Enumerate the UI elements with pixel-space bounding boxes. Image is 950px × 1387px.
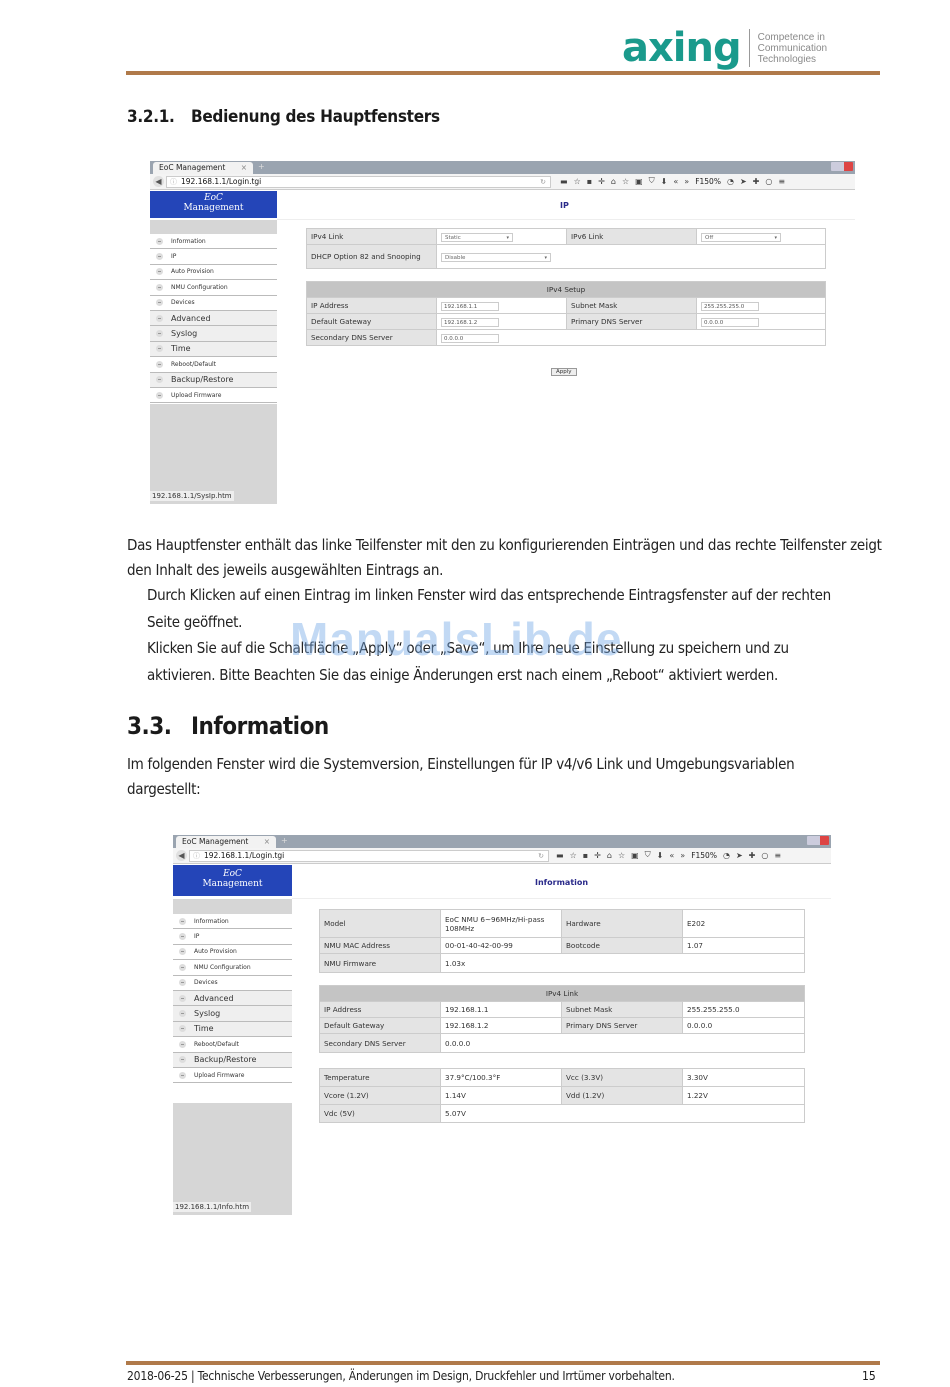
sidebar-item-label: Information [194, 918, 229, 925]
gateway-input[interactable]: 192.168.1.2 [441, 318, 499, 327]
window-controls[interactable] [831, 162, 853, 171]
shield-icon[interactable]: ⛉ [645, 850, 651, 860]
puzzle-icon[interactable]: ✚ [753, 177, 760, 186]
sidebar-item-devices[interactable]: Devices [150, 296, 277, 311]
back-arrow-icon[interactable]: ◀ [176, 850, 187, 861]
vdc-value: 5.07V [441, 1105, 805, 1123]
ipv4-link-select[interactable]: Static [441, 233, 513, 242]
sidebar-item-nmu-configuration[interactable]: NMU Configuration [173, 960, 292, 975]
bootcode-label: Bootcode [562, 938, 683, 954]
sidebar-item-label: Auto Provision [171, 268, 214, 275]
browser-tab[interactable]: EoC Management× [153, 162, 253, 174]
collapse-icon [179, 995, 186, 1002]
header-rule [126, 71, 880, 75]
secondary-dns-input[interactable]: 0.0.0.0 [441, 334, 499, 343]
gateway-label: Default Gateway [307, 314, 437, 330]
sidebar-item-upload-firmware[interactable]: Upload Firmware [150, 388, 277, 403]
ip-address-input[interactable]: 192.168.1.1 [441, 302, 499, 311]
sidebar-item-label: Auto Provision [194, 948, 237, 955]
dhcp-option-select[interactable]: Disable [441, 253, 551, 262]
tab-bar: EoC Management× + [150, 161, 855, 174]
vdd-label: Vdd (1.2V) [562, 1087, 683, 1105]
sidebar-item-label: Time [194, 1024, 214, 1033]
system-info-table: Model EoC NMU 6~96MHz/Hi-pass 108MHz Har… [319, 909, 805, 973]
target-icon[interactable]: ✛ [598, 177, 605, 186]
ipv6-link-label: IPv6 Link [567, 229, 697, 245]
home-icon[interactable]: ⌂ [607, 851, 612, 860]
vcore-label: Vcore (1.2V) [320, 1087, 441, 1105]
ipv4-link-table: IPv4 Link IP Address 192.168.1.1 Subnet … [319, 985, 805, 1053]
url-field[interactable]: ⓘ 192.168.1.1/Login.tgi ↻ [166, 176, 551, 188]
collapse-icon [156, 238, 163, 245]
chat-icon[interactable]: ○ [765, 177, 772, 186]
folder-icon[interactable]: ▬ [556, 851, 564, 860]
section-heading-3-3: 3.3.Information [127, 712, 329, 740]
reload-icon[interactable]: ↻ [538, 851, 544, 861]
menu-icon[interactable]: ≡ [778, 177, 785, 186]
sidebar-menu: InformationIPAuto ProvisionNMU Configura… [173, 914, 292, 1083]
nav-bar: ◀ ⓘ 192.168.1.1/Login.tgi ↻ ▬ ☆ ▪ ✛ ⌂ ☆ … [150, 174, 855, 190]
collapse-icon [179, 948, 186, 955]
browser-tab[interactable]: EoC Management× [176, 836, 276, 848]
subnet-mask-input[interactable]: 255.255.255.0 [701, 302, 759, 311]
sidebar-item-label: Syslog [171, 329, 197, 338]
subnet-mask-label: Subnet Mask [567, 298, 697, 314]
star-icon[interactable]: ☆ [618, 851, 625, 860]
browser-screenshot-information: EoC Management× + ◀ ⓘ 192.168.1.1/Login.… [173, 835, 831, 1215]
hardware-label: Hardware [562, 910, 683, 938]
vcc-label: Vcc (3.3V) [562, 1069, 683, 1087]
primary-dns-value: 0.0.0.0 [683, 1018, 805, 1034]
nav-bar: ◀ ⓘ 192.168.1.1/Login.tgi ↻ ▬ ☆ ▪ ✛ ⌂ ☆ … [173, 848, 831, 864]
ipv4-setup-title: IPv4 Setup [307, 282, 826, 298]
ip-address-label: IP Address [320, 1002, 441, 1018]
sidebar-item-nmu-configuration[interactable]: NMU Configuration [150, 280, 277, 295]
ipv4-link-label: IPv4 Link [307, 229, 437, 245]
sidebar-menu: InformationIPAuto ProvisionNMU Configura… [150, 234, 277, 403]
star-icon[interactable]: ☆ [622, 177, 629, 186]
logo-divider [749, 29, 750, 67]
sidebar-item-label: Upload Firmware [171, 392, 221, 399]
vdc-label: Vdc (5V) [320, 1105, 441, 1123]
sidebar-item-label: Backup/Restore [194, 1055, 256, 1064]
collapse-icon [179, 964, 186, 971]
collapse-icon [179, 1041, 186, 1048]
sidebar-item-ip[interactable]: IP [150, 249, 277, 264]
sidebar-item-ip[interactable]: IP [173, 929, 292, 944]
collapse-icon [156, 315, 163, 322]
sidebar-item-reboot-default[interactable]: Reboot/Default [173, 1037, 292, 1052]
page-icon[interactable]: ▪ [587, 177, 592, 186]
sidebar-item-auto-provision[interactable]: Auto Provision [173, 945, 292, 960]
link-settings-table: IPv4 Link Static IPv6 Link Off DHCP Opti… [306, 228, 826, 269]
collapse-icon [156, 330, 163, 337]
sidebar-item-upload-firmware[interactable]: Upload Firmware [173, 1068, 292, 1083]
back-arrow-icon[interactable]: ◀ [153, 176, 164, 187]
ipv4-link-title: IPv4 Link [320, 986, 805, 1002]
bootcode-value: 1.07 [683, 938, 805, 954]
gateway-value: 192.168.1.2 [441, 1018, 562, 1034]
collapse-icon [179, 933, 186, 940]
ipv4-setup-table: IPv4 Setup IP Address 192.168.1.1 Subnet… [306, 281, 826, 346]
bookmark-add-icon[interactable]: ☆ [570, 851, 577, 860]
toolbar-icons: ▬ ☆ ▪ ✛ ⌂ ☆ ▣ ⛉ ⬇ « » F150% ◔ ➤ ✚ ○ ≡ [560, 176, 785, 186]
model-value: EoC NMU 6~96MHz/Hi-pass 108MHz [441, 910, 562, 938]
vcc-value: 3.30V [683, 1069, 805, 1087]
page-icon[interactable]: ▪ [583, 851, 588, 860]
intro-paragraph: Das Hauptfenster enthält das linke Teilf… [127, 533, 887, 583]
collapse-icon [179, 979, 186, 986]
sidebar-item-advanced[interactable]: Advanced [150, 311, 277, 326]
window-controls[interactable] [807, 836, 829, 845]
translate-icon[interactable]: « [669, 851, 674, 860]
new-tab-icon[interactable]: + [258, 162, 265, 171]
chat-icon[interactable]: ○ [761, 851, 768, 860]
sidebar-item-label: Devices [171, 299, 195, 306]
download-icon[interactable]: ⬇ [657, 851, 664, 860]
sidebar-item-label: Time [171, 344, 191, 353]
sidebar-item-label: Advanced [194, 994, 234, 1003]
zoom-level[interactable]: F150% [691, 851, 717, 860]
sidebar-filler [173, 1103, 292, 1215]
close-tab-icon[interactable]: × [264, 837, 270, 846]
mac-label: NMU MAC Address [320, 938, 441, 954]
sidebar-spacer [150, 220, 277, 234]
folder-icon[interactable]: ▬ [560, 177, 568, 186]
lang-icon[interactable]: » [684, 177, 689, 186]
page-title: IP [560, 201, 569, 210]
footer-rule [126, 1361, 880, 1365]
temperature-label: Temperature [320, 1069, 441, 1087]
section-heading-3-2-1: 3.2.1.Bedienung des Hauptfensters [127, 107, 440, 127]
puzzle-icon[interactable]: ✚ [749, 851, 756, 860]
shield-icon[interactable]: ⛉ [649, 176, 655, 186]
hardware-value: E202 [683, 910, 805, 938]
collapse-icon [156, 268, 163, 275]
secondary-dns-label: Secondary DNS Server [307, 330, 437, 346]
sidebar-item-time[interactable]: Time [150, 342, 277, 357]
rss-icon[interactable]: ◔ [723, 851, 730, 860]
info-icon: ⓘ [170, 177, 177, 187]
new-tab-icon[interactable]: + [281, 836, 288, 845]
sidebar-item-reboot-default[interactable]: Reboot/Default [150, 357, 277, 372]
environment-table: Temperature 37.9°C/100.3°F Vcc (3.3V) 3.… [319, 1068, 805, 1123]
sidebar-item-information[interactable]: Information [150, 234, 277, 249]
ipv6-link-select[interactable]: Off [701, 233, 781, 242]
sidebar-item-auto-provision[interactable]: Auto Provision [150, 265, 277, 280]
status-url: 192.168.1.1/Info.htm [173, 1202, 251, 1212]
home-icon[interactable]: ⌂ [611, 177, 616, 186]
collapse-icon [156, 376, 163, 383]
translate-icon[interactable]: « [673, 177, 678, 186]
sidebar-item-label: Reboot/Default [194, 1041, 239, 1048]
information-description: Im folgenden Fenster wird die Systemvers… [127, 752, 847, 802]
zoom-level[interactable]: F150% [695, 177, 721, 186]
collapse-icon [156, 299, 163, 306]
sidebar-item-label: IP [194, 933, 199, 940]
send-icon[interactable]: ➤ [736, 851, 743, 860]
footer-text: 2018-06-25 | Technische Verbesserungen, … [127, 1369, 675, 1383]
logo-wordmark: axing [622, 28, 741, 68]
sidebar-item-syslog[interactable]: Syslog [150, 326, 277, 341]
url-field[interactable]: ⓘ 192.168.1.1/Login.tgi ↻ [189, 850, 549, 862]
sidebar-item-label: Information [171, 238, 206, 245]
sidebar-item-label: Backup/Restore [171, 375, 233, 384]
primary-dns-label: Primary DNS Server [567, 314, 697, 330]
vcore-value: 1.14V [441, 1087, 562, 1105]
subnet-mask-label: Subnet Mask [562, 1002, 683, 1018]
sidebar-item-time[interactable]: Time [173, 1022, 292, 1037]
page-title: Information [535, 878, 588, 887]
briefcase-icon[interactable]: ▣ [635, 177, 643, 186]
sidebar-item-devices[interactable]: Devices [173, 976, 292, 991]
model-label: Model [320, 910, 441, 938]
sidebar-item-backup-restore[interactable]: Backup/Restore [150, 373, 277, 388]
sidebar-item-backup-restore[interactable]: Backup/Restore [173, 1053, 292, 1068]
collapse-icon [156, 392, 163, 399]
sidebar-item-information[interactable]: Information [173, 914, 292, 929]
toolbar-icons: ▬ ☆ ▪ ✛ ⌂ ☆ ▣ ⛉ ⬇ « » F150% ◔ ➤ ✚ ○ ≡ [556, 850, 781, 860]
send-icon[interactable]: ➤ [740, 177, 747, 186]
dhcp-option-label: DHCP Option 82 and Snooping [307, 245, 437, 269]
collapse-icon [156, 345, 163, 352]
sidebar-item-label: IP [171, 253, 176, 260]
collapse-icon [156, 361, 163, 368]
download-icon[interactable]: ⬇ [661, 177, 668, 186]
close-tab-icon[interactable]: × [241, 163, 247, 172]
axing-logo: axing Competence in Communication Techno… [622, 28, 827, 68]
lang-icon[interactable]: » [680, 851, 685, 860]
primary-dns-label: Primary DNS Server [562, 1018, 683, 1034]
reload-icon[interactable]: ↻ [540, 177, 546, 187]
sidebar-item-label: Devices [194, 979, 218, 986]
sidebar-item-advanced[interactable]: Advanced [173, 991, 292, 1006]
status-url: 192.168.1.1/SysIp.htm [150, 491, 234, 501]
watermark: ManualsLib.de [290, 612, 622, 666]
menu-icon[interactable]: ≡ [774, 851, 781, 860]
sidebar-filler [150, 404, 277, 504]
collapse-icon [179, 1010, 186, 1017]
browser-screenshot-ip: EoC Management× + ◀ ⓘ 192.168.1.1/Login.… [150, 161, 855, 504]
firmware-label: NMU Firmware [320, 954, 441, 973]
rss-icon[interactable]: ◔ [727, 177, 734, 186]
collapse-icon [156, 284, 163, 291]
page-number: 15 [862, 1369, 876, 1383]
mac-value: 00-01-40-42-00-99 [441, 938, 562, 954]
collapse-icon [179, 1025, 186, 1032]
secondary-dns-label: Secondary DNS Server [320, 1034, 441, 1053]
collapse-icon [179, 1072, 186, 1079]
gateway-label: Default Gateway [320, 1018, 441, 1034]
collapse-icon [156, 253, 163, 260]
collapse-icon [179, 1056, 186, 1063]
vdd-value: 1.22V [683, 1087, 805, 1105]
sidebar-item-label: Advanced [171, 314, 211, 323]
logo-tagline: Competence in Communication Technologies [758, 32, 827, 65]
tab-bar: EoC Management× + [173, 835, 831, 848]
firmware-value: 1.03x [441, 954, 805, 973]
apply-button[interactable]: Apply [551, 368, 577, 376]
sidebar-item-label: Reboot/Default [171, 361, 216, 368]
info-icon: ⓘ [193, 851, 200, 861]
collapse-icon [179, 918, 186, 925]
target-icon[interactable]: ✛ [594, 851, 601, 860]
primary-dns-input[interactable]: 0.0.0.0 [701, 318, 759, 327]
app-title-box: EoC Management [150, 191, 277, 218]
app-title-box: EoC Management [173, 865, 292, 896]
ip-address-label: IP Address [307, 298, 437, 314]
ip-address-value: 192.168.1.1 [441, 1002, 562, 1018]
sidebar-item-label: Upload Firmware [194, 1072, 244, 1079]
sidebar-item-label: NMU Configuration [171, 284, 228, 291]
subnet-mask-value: 255.255.255.0 [683, 1002, 805, 1018]
secondary-dns-value: 0.0.0.0 [441, 1034, 805, 1053]
briefcase-icon[interactable]: ▣ [631, 851, 639, 860]
bookmark-add-icon[interactable]: ☆ [574, 177, 581, 186]
sidebar-spacer [173, 899, 292, 914]
sidebar-item-syslog[interactable]: Syslog [173, 1006, 292, 1021]
sidebar-item-label: Syslog [194, 1009, 220, 1018]
sidebar-item-label: NMU Configuration [194, 964, 251, 971]
temperature-value: 37.9°C/100.3°F [441, 1069, 562, 1087]
